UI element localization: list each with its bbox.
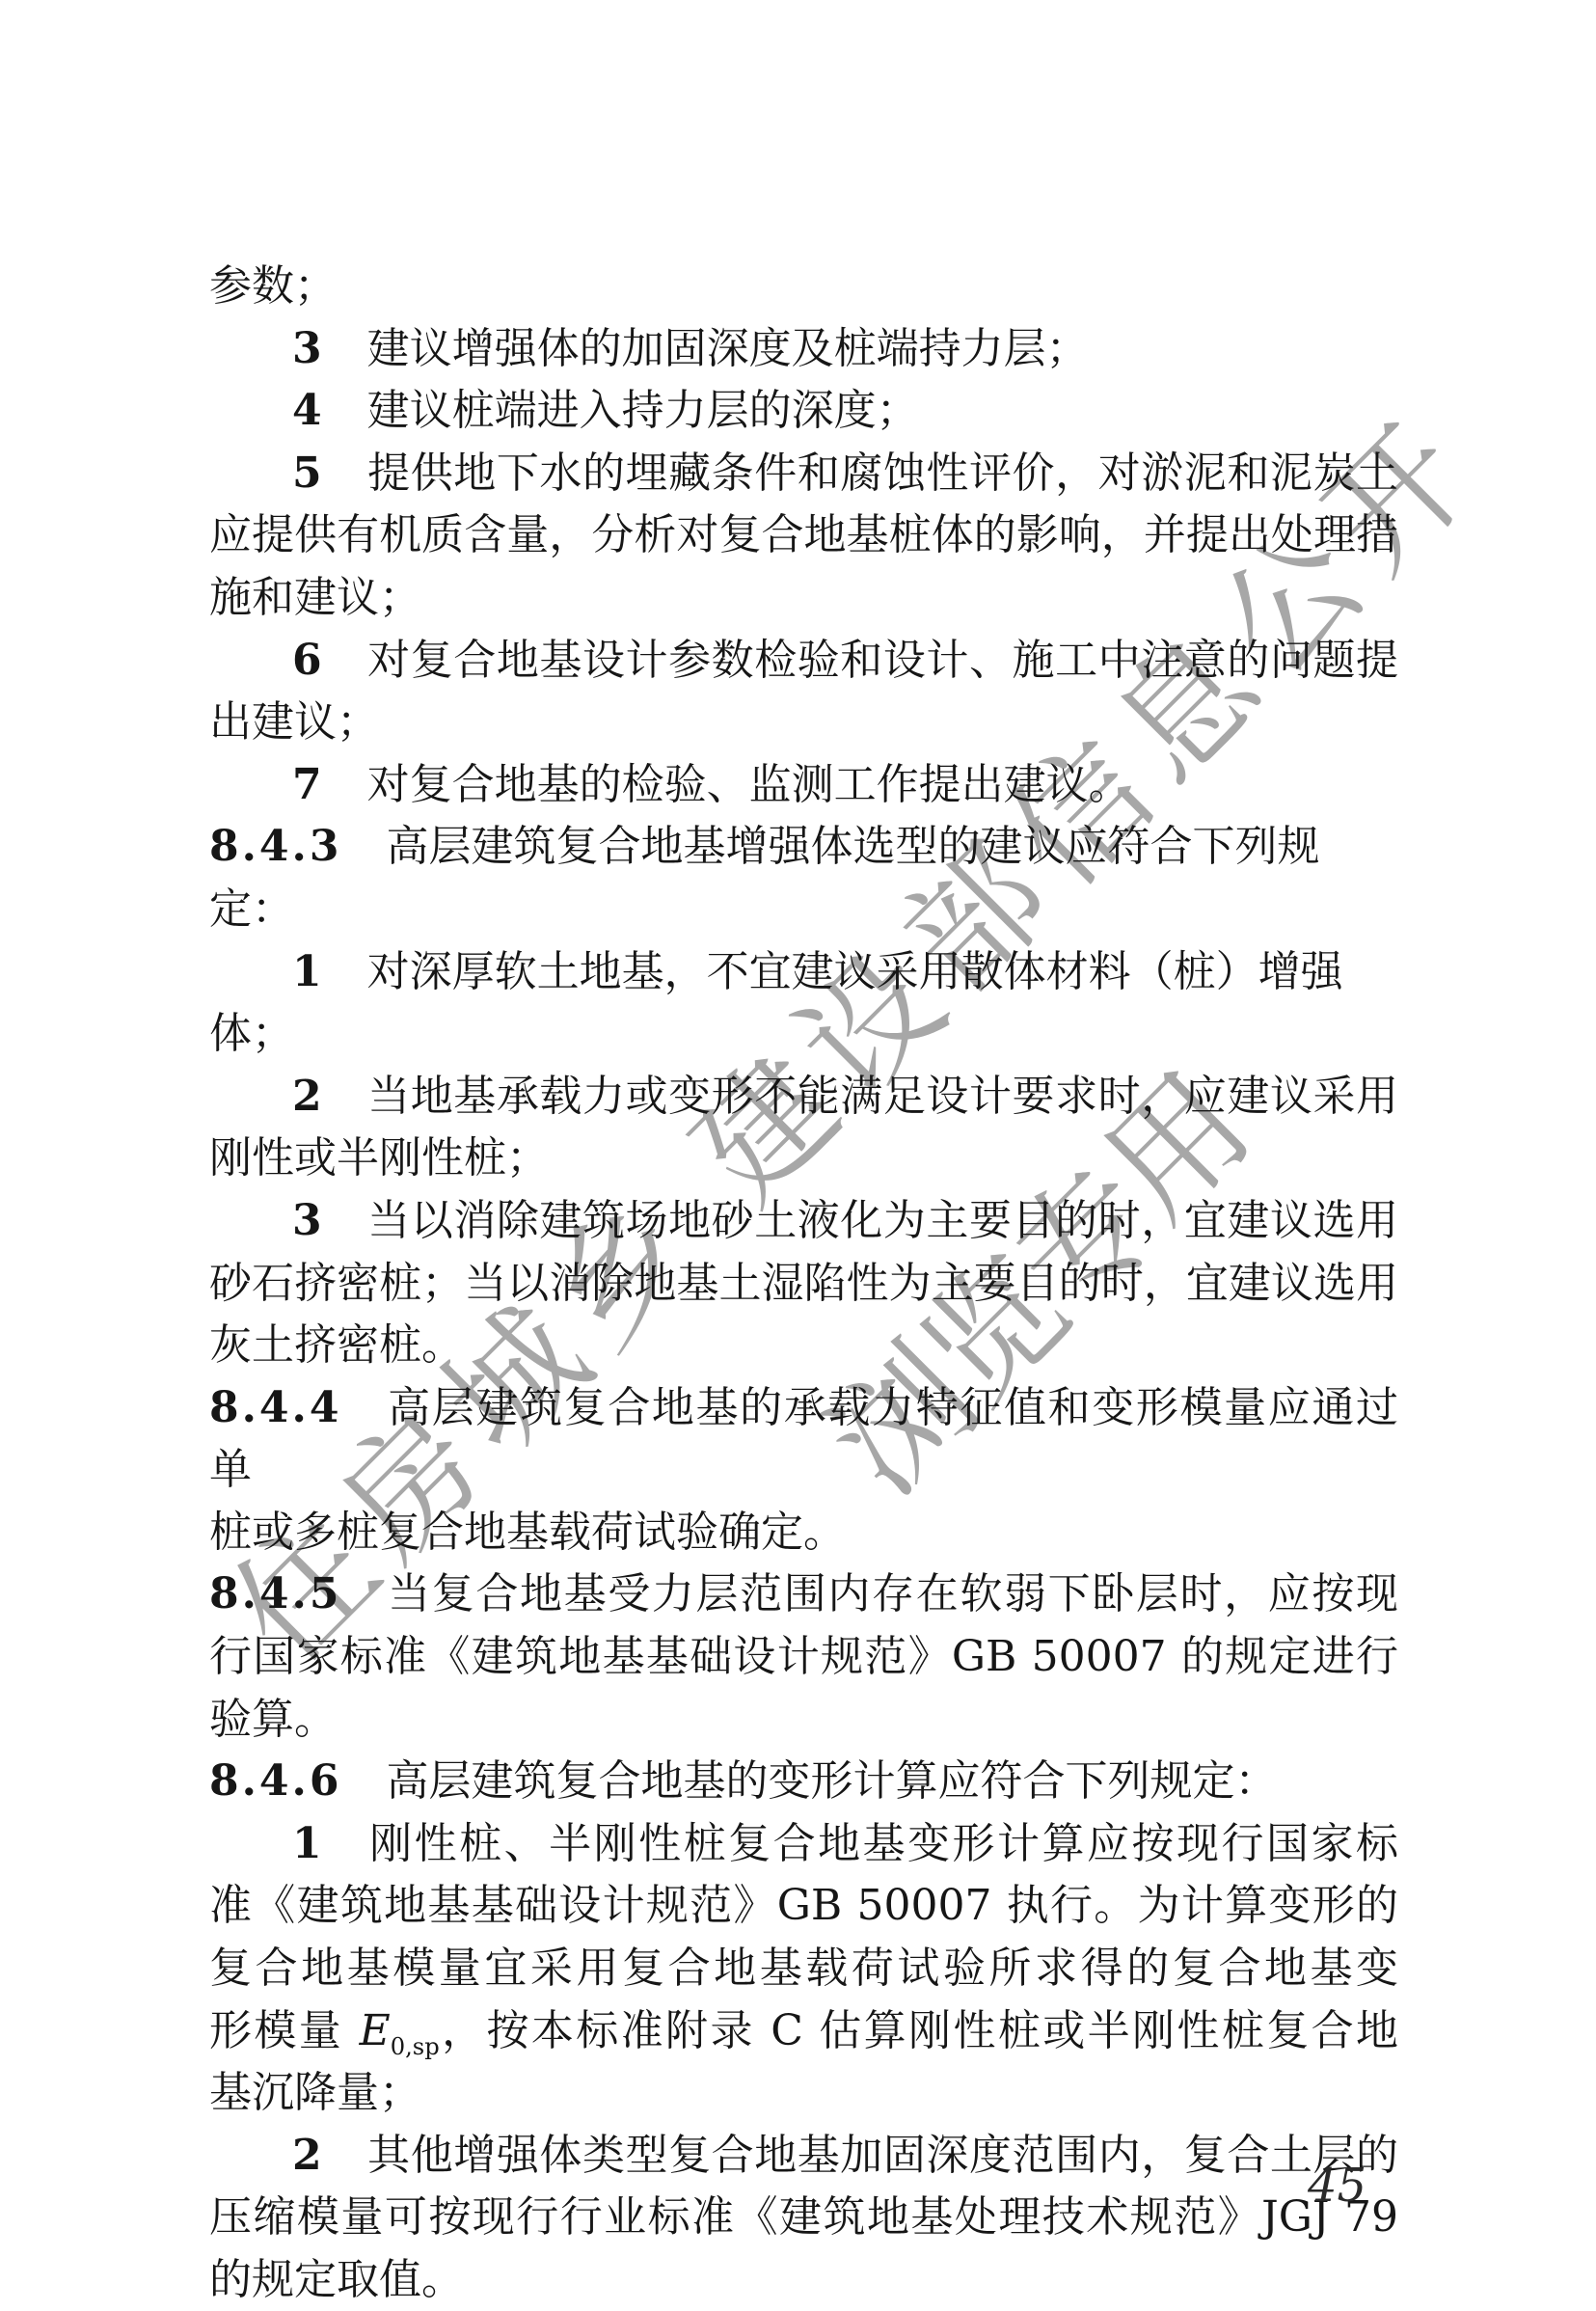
text-line: 1对深厚软土地基，不宜建议采用散体材料（桩）增强体； xyxy=(209,941,1398,1066)
variable-subscript: 0,sp xyxy=(391,2032,440,2059)
item-number: 6 xyxy=(209,636,367,685)
text-line: 8.4.6高层建筑复合地基的变形计算应符合下列规定： xyxy=(209,1751,1398,1813)
text-line: 参数； xyxy=(209,256,1398,318)
text-span: 施和建议； xyxy=(209,573,421,622)
text-span: 应提供有机质含量，分析对复合地基桩体的影响，并提出处理措 xyxy=(209,510,1398,559)
text-line: 准《建筑地基基础设计规范》GB 50007 执行。为计算变形的 xyxy=(209,1875,1398,1938)
text-line: 砂石挤密桩；当以消除地基土湿陷性为主要目的时，宜建议选用 xyxy=(209,1253,1398,1316)
item-number: 7 xyxy=(209,760,367,809)
text-line: 行国家标准《建筑地基基础设计规范》GB 50007 的规定进行 xyxy=(209,1626,1398,1689)
text-line: 4建议桩端进入持力层的深度； xyxy=(209,380,1398,443)
text-span: 形模量 xyxy=(209,2006,360,2055)
text-span: 砂石挤密桩；当以消除地基土湿陷性为主要目的时，宜建议选用 xyxy=(209,1259,1398,1308)
item-number: 3 xyxy=(209,324,367,373)
text-span: 当以消除建筑场地砂土液化为主要目的时，宜建议选用 xyxy=(367,1196,1398,1245)
text-span: 验算。 xyxy=(209,1695,337,1744)
text-line: 出建议； xyxy=(209,692,1398,754)
text-span: 高层建筑复合地基的承载力特征值和变形模量应通过单 xyxy=(209,1383,1398,1495)
text-span: 建议桩端进入持力层的深度； xyxy=(367,386,919,435)
text-line: 形模量 E0,sp，按本标准附录 C 估算刚性桩或半刚性桩复合地 xyxy=(209,2000,1398,2063)
text-span: 准《建筑地基基础设计规范》GB 50007 执行。为计算变形的 xyxy=(209,1881,1398,1930)
clause-number: 8.4.4 xyxy=(209,1383,386,1432)
text-line: 1刚性桩、半刚性桩复合地基变形计算应按现行国家标 xyxy=(209,1813,1398,1876)
clause-number: 8.4.5 xyxy=(209,1569,386,1618)
text-line: 3建议增强体的加固深度及桩端持力层； xyxy=(209,318,1398,381)
text-span: 当地基承载力或变形不能满足设计要求时，应建议采用 xyxy=(367,1072,1398,1121)
text-line: 8.4.5当复合地基受力层范围内存在软弱下卧层时，应按现 xyxy=(209,1563,1398,1626)
text-line: 2当地基承载力或变形不能满足设计要求时，应建议采用 xyxy=(209,1066,1398,1128)
item-number: 1 xyxy=(209,947,367,996)
text-span: 出建议； xyxy=(209,697,379,747)
text-span: 的规定取值。 xyxy=(209,2255,464,2304)
document-page: 住房城乡 建设部信息公开 浏览专用 参数；3建议增强体的加固深度及桩端持力层；4… xyxy=(0,0,1596,2311)
clause-number: 8.4.3 xyxy=(209,822,386,871)
item-number: 3 xyxy=(209,1196,367,1245)
page-number: 45 xyxy=(1308,2159,1366,2213)
text-span: 其他增强体类型复合地基加固深度范围内，复合土层的 xyxy=(367,2131,1398,2180)
text-line: 8.4.3高层建筑复合地基增强体选型的建议应符合下列规定： xyxy=(209,816,1398,940)
clause-number: 8.4.6 xyxy=(209,1756,386,1806)
text-span: 基沉降量； xyxy=(209,2068,421,2117)
text-line: 基沉降量； xyxy=(209,2062,1398,2125)
item-number: 5 xyxy=(209,449,367,498)
text-line: 7对复合地基的检验、监测工作提出建议。 xyxy=(209,754,1398,817)
document-text-block: 参数；3建议增强体的加固深度及桩端持力层；4建议桩端进入持力层的深度；5提供地下… xyxy=(209,256,1398,2311)
text-line: 应提供有机质含量，分析对复合地基桩体的影响，并提出处理措 xyxy=(209,504,1398,567)
text-line: 复合地基模量宜采用复合地基载荷试验所求得的复合地基变 xyxy=(209,1938,1398,2000)
variable: E xyxy=(360,2006,391,2055)
text-span: 行国家标准《建筑地基基础设计规范》GB 50007 的规定进行 xyxy=(209,1632,1398,1681)
text-span: 复合地基模量宜采用复合地基载荷试验所求得的复合地基变 xyxy=(209,1944,1398,1993)
item-number: 2 xyxy=(209,2131,367,2180)
text-line: 桩或多桩复合地基载荷试验确定。 xyxy=(209,1502,1398,1564)
text-span: 对复合地基设计参数检验和设计、施工中注意的问题提 xyxy=(367,636,1398,685)
text-span: 当复合地基受力层范围内存在软弱下卧层时，应按现 xyxy=(386,1569,1398,1618)
text-span: 高层建筑复合地基的变形计算应符合下列规定： xyxy=(386,1756,1277,1806)
text-span: 刚性桩、半刚性桩复合地基变形计算应按现行国家标 xyxy=(367,1819,1398,1868)
text-span: 提供地下水的埋藏条件和腐蚀性评价，对淤泥和泥炭土 xyxy=(367,449,1398,498)
text-line: 5提供地下水的埋藏条件和腐蚀性评价，对淤泥和泥炭土 xyxy=(209,443,1398,505)
text-line: 3当以消除建筑场地砂土液化为主要目的时，宜建议选用 xyxy=(209,1190,1398,1253)
text-line: 6对复合地基设计参数检验和设计、施工中注意的问题提 xyxy=(209,630,1398,693)
text-line: 的规定取值。 xyxy=(209,2249,1398,2311)
text-line: 压缩模量可按现行行业标准《建筑地基处理技术规范》JGJ 79 xyxy=(209,2187,1398,2249)
text-span: 桩或多桩复合地基载荷试验确定。 xyxy=(209,1508,846,1557)
text-span: 压缩模量可按现行行业标准《建筑地基处理技术规范》JGJ 79 xyxy=(209,2192,1398,2242)
text-span: 刚性或半刚性桩； xyxy=(209,1133,549,1183)
text-span: 对深厚软土地基，不宜建议采用散体材料（桩）增强体； xyxy=(209,947,1343,1059)
text-line: 2其他增强体类型复合地基加固深度范围内，复合土层的 xyxy=(209,2125,1398,2188)
text-line: 8.4.4高层建筑复合地基的承载力特征值和变形模量应通过单 xyxy=(209,1377,1398,1502)
item-number: 4 xyxy=(209,386,367,435)
text-span: 灰土挤密桩。 xyxy=(209,1320,464,1370)
item-number: 1 xyxy=(209,1819,367,1868)
text-line: 刚性或半刚性桩； xyxy=(209,1128,1398,1190)
text-span: ，按本标准附录 C 估算刚性桩或半刚性桩复合地 xyxy=(440,2006,1398,2055)
text-span: 对复合地基的检验、监测工作提出建议。 xyxy=(367,760,1131,809)
text-line: 验算。 xyxy=(209,1689,1398,1752)
text-line: 施和建议； xyxy=(209,567,1398,630)
text-line: 灰土挤密桩。 xyxy=(209,1315,1398,1377)
text-span: 参数； xyxy=(209,261,337,311)
text-span: 建议增强体的加固深度及桩端持力层； xyxy=(367,324,1089,373)
item-number: 2 xyxy=(209,1072,367,1121)
